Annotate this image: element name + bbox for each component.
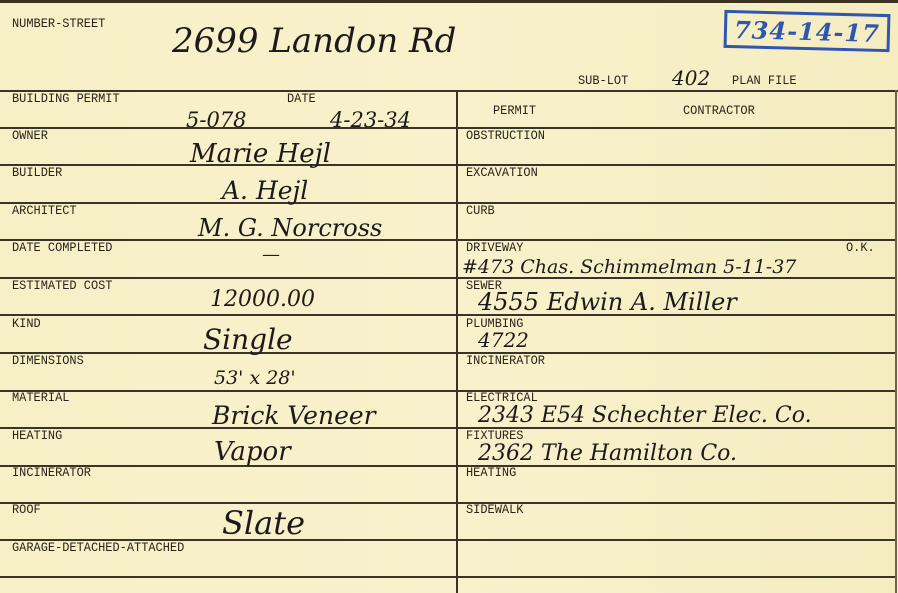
plan-file-label: PLAN FILE (732, 74, 797, 88)
permit-label-heating: HEATING (466, 466, 516, 480)
number-street-label: NUMBER-STREET (12, 17, 105, 31)
field-label-incinerator: INCINERATOR (12, 466, 91, 480)
field-value-builder: A. Hejl (222, 178, 308, 203)
contractor-value-driveway: #473 Chas. Schimmelman 5-11-37 (462, 258, 796, 277)
field-label-kind: KIND (12, 317, 41, 331)
field-label-garage-detached-attached: GARAGE-DETACHED-ATTACHED (12, 541, 184, 555)
field-value-dimensions: 53' x 28' (214, 369, 296, 388)
rule-line (0, 576, 456, 578)
contractor-value-plumbing: 4722 (478, 330, 529, 350)
sub-lot-label: SUB-LOT (578, 74, 628, 88)
rule-line (457, 202, 895, 204)
field-value-material: Brick Veneer (212, 403, 376, 428)
field-label-material: MATERIAL (12, 391, 69, 405)
field-value-kind: Single (203, 326, 293, 354)
rule-line (457, 539, 895, 541)
permit-label-incinerator: INCINERATOR (466, 354, 545, 368)
field-value-architect: M. G. Norcross (198, 216, 382, 240)
date-label: DATE (287, 92, 316, 106)
card-top-edge (0, 0, 898, 3)
field-value-roof: Slate (222, 507, 305, 539)
field-label-owner: OWNER (12, 129, 48, 143)
field-label-dimensions: DIMENSIONS (12, 354, 84, 368)
approval-note: O.K. (846, 241, 875, 255)
permit-label-curb: CURB (466, 204, 495, 218)
permit-header: PERMIT (493, 104, 536, 118)
field-value-date-completed: — (262, 246, 280, 264)
field-label-architect: ARCHITECT (12, 204, 77, 218)
contractor-header: CONTRACTOR (683, 104, 755, 118)
field-value-heating: Vapor (214, 439, 291, 465)
permit-label-obstruction: OBSTRUCTION (466, 129, 545, 143)
permit-label-sidewalk: SIDEWALK (466, 503, 523, 517)
field-label-estimated-cost: ESTIMATED COST (12, 279, 112, 293)
permit-label-driveway: DRIVEWAY (466, 241, 523, 255)
file-number-stamp: 734-14-17 (724, 10, 891, 52)
address-value: 2699 Landon Rd (172, 24, 456, 58)
rule-line (0, 314, 456, 316)
rule-line (457, 576, 895, 578)
contractor-value-electrical: 2343 E54 Schechter Elec. Co. (478, 405, 812, 427)
permit-label-excavation: EXCAVATION (466, 166, 538, 180)
field-label-roof: ROOF (12, 503, 41, 517)
field-value-estimated-cost: 12000.00 (210, 289, 315, 311)
building-permit-label: BUILDING PERMIT (12, 92, 120, 106)
field-value-owner: Marie Hejl (190, 141, 331, 167)
rule-line (0, 127, 456, 129)
permit-card: NUMBER-STREET 2699 Landon Rd 734-14-17 S… (0, 0, 898, 593)
field-label-heating: HEATING (12, 429, 62, 443)
sub-lot-value: 402 (672, 68, 710, 88)
rule-line (0, 90, 898, 92)
contractor-value-sewer: 4555 Edwin A. Miller (478, 290, 737, 314)
contractor-value-fixtures: 2362 The Hamilton Co. (478, 443, 737, 465)
field-label-builder: BUILDER (12, 166, 62, 180)
field-label-date-completed: DATE COMPLETED (12, 241, 112, 255)
right-edge (895, 90, 897, 593)
